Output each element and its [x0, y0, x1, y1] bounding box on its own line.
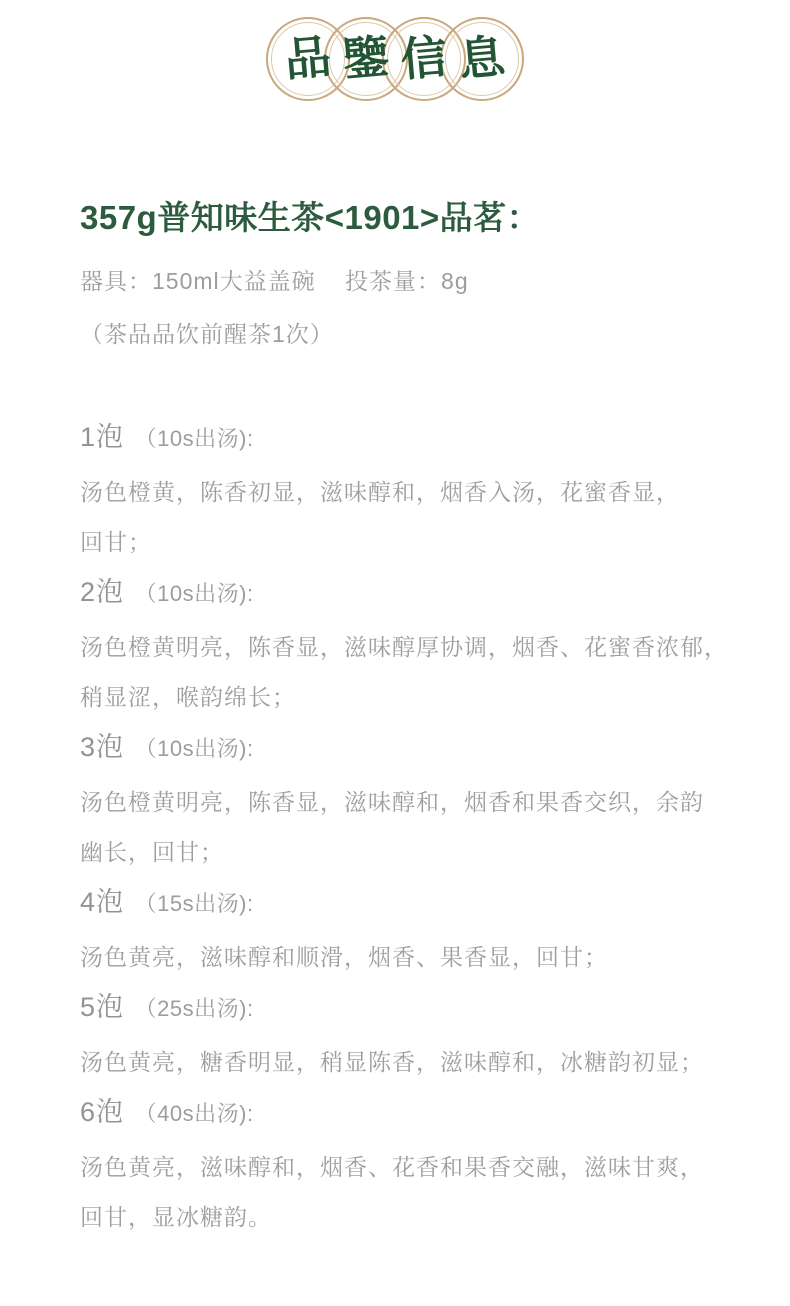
tasting-info-page: 品 鑒 信 息 357g普知味生茶<1901>品茗： 器具：150ml大益盖碗 … [0, 0, 790, 1306]
utensil-spec: 器具：150ml大益盖碗 [80, 268, 316, 294]
infusion-timing: （10s出汤): [128, 581, 254, 606]
seal-badge-character: 品 [283, 34, 333, 84]
content-area: 357g普知味生茶<1901>品茗： 器具：150ml大益盖碗 投茶量：8g （… [0, 198, 790, 1242]
infusion-description-line: 汤色黄亮，滋味醇和，烟香、花香和果香交融，滋味甘爽， [80, 1142, 740, 1192]
badge-row: 品 鑒 信 息 [0, 0, 790, 101]
infusion-description-line: 回甘，显冰糖韵。 [80, 1192, 740, 1242]
infusion-timing: （15s出汤): [128, 891, 254, 916]
infusion-heading: 3泡 （10s出汤): [80, 722, 740, 777]
infusion-description: 汤色橙黄，陈香初显，滋味醇和，烟香入汤，花蜜香显，回甘； [80, 467, 740, 567]
infusion-description-line: 汤色橙黄明亮，陈香显，滋味醇厚协调，烟香、花蜜香浓郁， [80, 622, 740, 672]
infusion-heading: 4泡 （15s出汤): [80, 877, 740, 932]
infusion-heading: 6泡 （40s出汤): [80, 1087, 740, 1142]
infusion-heading: 2泡 （10s出汤): [80, 567, 740, 622]
infusion-section: 4泡 （15s出汤): 汤色黄亮，滋味醇和顺滑，烟香、果香显，回甘； [80, 877, 740, 982]
seal-badge-character: 信 [399, 34, 449, 84]
infusion-section: 5泡 （25s出汤): 汤色黄亮，糖香明显，稍显陈香，滋味醇和，冰糖韵初显； [80, 982, 740, 1087]
brewing-note: （茶品品饮前醒茶1次） [80, 318, 740, 350]
infusion-list: 1泡 （10s出汤): 汤色橙黄，陈香初显，滋味醇和，烟香入汤，花蜜香显，回甘；… [80, 412, 740, 1242]
infusion-timing: （10s出汤): [128, 426, 254, 451]
product-title: 357g普知味生茶<1901>品茗： [80, 198, 740, 238]
infusion-number: 6泡 [80, 1097, 124, 1127]
infusion-description-line: 回甘； [80, 517, 740, 567]
infusion-number: 1泡 [80, 422, 124, 452]
infusion-description: 汤色黄亮，糖香明显，稍显陈香，滋味醇和，冰糖韵初显； [80, 1037, 740, 1087]
infusion-section: 3泡 （10s出汤): 汤色橙黄明亮，陈香显，滋味醇和，烟香和果香交织，余韵幽长… [80, 722, 740, 877]
dose-spec: 投茶量：8g [345, 268, 469, 294]
infusion-heading: 5泡 （25s出汤): [80, 982, 740, 1037]
infusion-number: 2泡 [80, 577, 124, 607]
seal-badge: 息 [440, 17, 524, 101]
infusion-description-line: 汤色黄亮，糖香明显，稍显陈香，滋味醇和，冰糖韵初显； [80, 1037, 740, 1087]
infusion-number: 5泡 [80, 992, 124, 1022]
infusion-timing: （25s出汤): [128, 996, 254, 1021]
infusion-section: 6泡 （40s出汤): 汤色黄亮，滋味醇和，烟香、花香和果香交融，滋味甘爽，回甘… [80, 1087, 740, 1242]
infusion-heading: 1泡 （10s出汤): [80, 412, 740, 467]
infusion-section: 2泡 （10s出汤): 汤色橙黄明亮，陈香显，滋味醇厚协调，烟香、花蜜香浓郁，稍… [80, 567, 740, 722]
infusion-number: 4泡 [80, 887, 124, 917]
infusion-timing: （10s出汤): [128, 736, 254, 761]
seal-badge-character: 息 [457, 34, 507, 84]
infusion-description-line: 稍显涩，喉韵绵长； [80, 672, 740, 722]
infusion-number: 3泡 [80, 732, 124, 762]
seal-badge-character: 鑒 [341, 34, 391, 84]
brewing-specs: 器具：150ml大益盖碗 投茶量：8g [80, 265, 740, 297]
infusion-description: 汤色橙黄明亮，陈香显，滋味醇和，烟香和果香交织，余韵幽长，回甘； [80, 777, 740, 877]
infusion-description-line: 汤色橙黄明亮，陈香显，滋味醇和，烟香和果香交织，余韵 [80, 777, 740, 827]
infusion-description: 汤色黄亮，滋味醇和，烟香、花香和果香交融，滋味甘爽，回甘，显冰糖韵。 [80, 1142, 740, 1242]
infusion-section: 1泡 （10s出汤): 汤色橙黄，陈香初显，滋味醇和，烟香入汤，花蜜香显，回甘； [80, 412, 740, 567]
infusion-timing: （40s出汤): [128, 1101, 254, 1126]
infusion-description-line: 汤色黄亮，滋味醇和顺滑，烟香、果香显，回甘； [80, 932, 740, 982]
infusion-description-line: 汤色橙黄，陈香初显，滋味醇和，烟香入汤，花蜜香显， [80, 467, 740, 517]
infusion-description: 汤色黄亮，滋味醇和顺滑，烟香、果香显，回甘； [80, 932, 740, 982]
infusion-description: 汤色橙黄明亮，陈香显，滋味醇厚协调，烟香、花蜜香浓郁，稍显涩，喉韵绵长； [80, 622, 740, 722]
infusion-description-line: 幽长，回甘； [80, 827, 740, 877]
